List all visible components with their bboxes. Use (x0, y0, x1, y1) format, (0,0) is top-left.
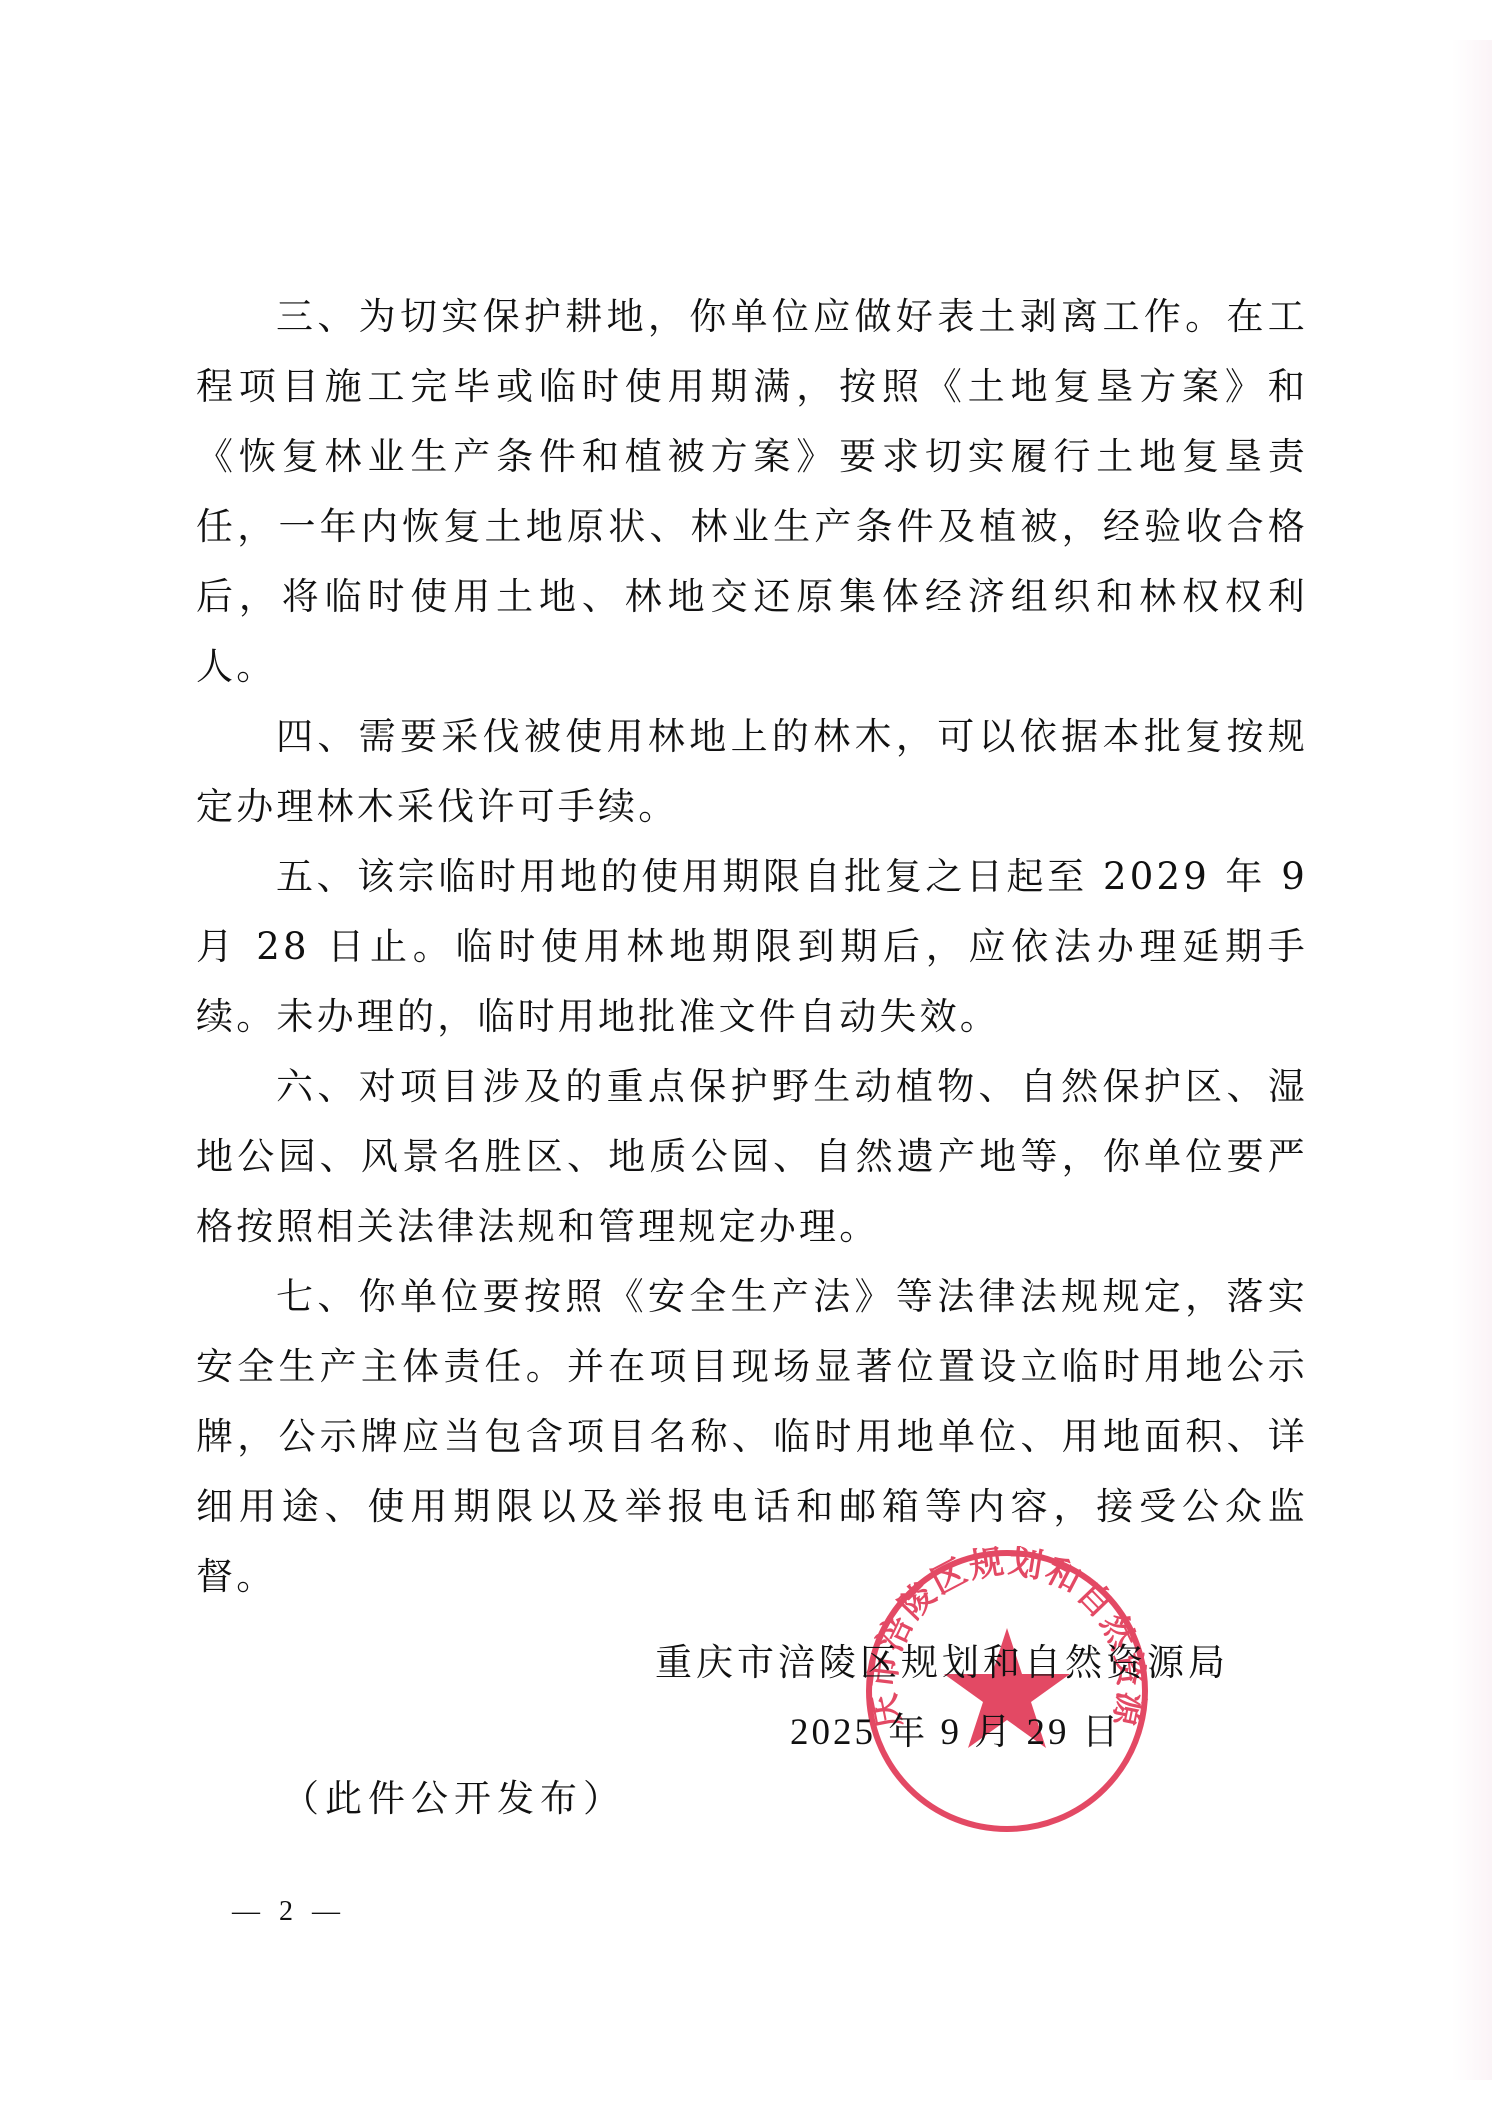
document-body: 三、为切实保护耕地，你单位应做好表土剥离工作。在工程项目施工完毕或临时使用期满，… (196, 282, 1308, 1612)
page-number: — 2 — (232, 1896, 346, 1928)
public-release-note: （此件公开发布） (282, 1764, 626, 1834)
paragraph-five: 五、该宗临时用地的使用期限自批复之日起至 2029 年 9 月 28 日止。临时… (196, 842, 1308, 1052)
issuer-name: 重庆市涪陵区规划和自然资源局 (655, 1628, 1229, 1698)
scan-edge-shading (1452, 40, 1492, 2080)
paragraph-three: 三、为切实保护耕地，你单位应做好表土剥离工作。在工程项目施工完毕或临时使用期满，… (196, 282, 1308, 702)
paragraph-six: 六、对项目涉及的重点保护野生动植物、自然保护区、湿地公园、风景名胜区、地质公园、… (196, 1052, 1308, 1262)
issue-date: 2025 年 9 月 29 日 (790, 1698, 1122, 1768)
document-page: 三、为切实保护耕地，你单位应做好表土剥离工作。在工程项目施工完毕或临时使用期满，… (0, 0, 1492, 2107)
paragraph-four: 四、需要采伐被使用林地上的林木，可以依据本批复按规定办理林木采伐许可手续。 (196, 702, 1308, 842)
